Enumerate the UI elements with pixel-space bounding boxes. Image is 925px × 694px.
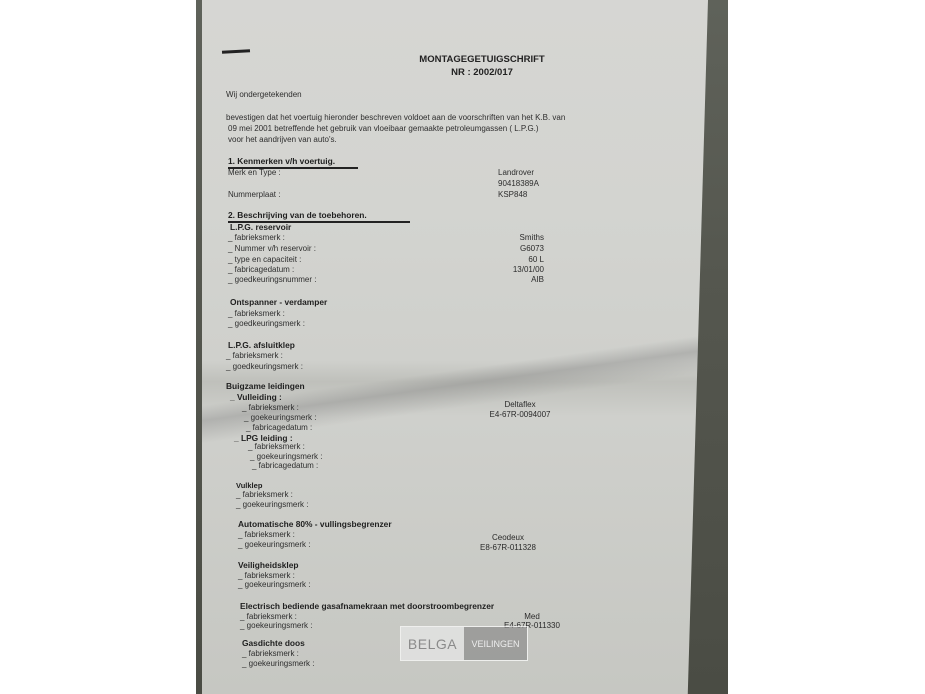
lpg-leiding-row-3: _ fabricagedatum : xyxy=(252,461,318,470)
vulleiding-value-1: Deltaflex xyxy=(460,400,580,409)
begrenzer-value-1: Ceodeux xyxy=(448,533,568,542)
leidingen-heading: Buigzame leidingen xyxy=(226,381,305,391)
belga-veilingen-watermark: BELGA VEILINGEN xyxy=(400,626,528,661)
reservoir-value-4: 13/01/00 xyxy=(432,265,544,274)
begrenzer-value-2: E8-67R-011328 xyxy=(448,543,568,552)
vulklep-heading: Vulklep xyxy=(236,481,262,490)
reservoir-label-3: _ type en capaciteit : xyxy=(228,255,301,264)
vulleiding-heading: _ Vulleiding : xyxy=(230,392,282,402)
afsluitklep-row-1: _ fabrieksmerk : xyxy=(226,351,283,360)
intro-line-1: bevestigen dat het voertuig hieronder be… xyxy=(226,113,565,122)
ontspanner-row-1: _ fabrieksmerk : xyxy=(228,309,285,318)
ontspanner-row-2: _ goedkeuringsmerk : xyxy=(228,319,305,328)
gasdichte-doos-row-1: _ fabrieksmerk : xyxy=(242,649,299,658)
vulklep-row-2: _ goekeuringsmerk : xyxy=(236,500,308,509)
plate-label: Nummerplaat : xyxy=(228,190,280,199)
reservoir-label-4: _ fabricagedatum : xyxy=(228,265,294,274)
afsluitklep-row-2: _ goedkeuringsmerk : xyxy=(226,362,303,371)
gasafnamekraan-row-2: _ goekeuringsmerk : xyxy=(240,621,312,630)
gasafnamekraan-value-1: Med xyxy=(472,612,592,621)
title-text: MONTAGEGETUIGSCHRIFT xyxy=(419,54,544,65)
gasafnamekraan-heading: Electrisch bediende gasafnamekraan met d… xyxy=(240,601,494,611)
vulleiding-row-1: _ fabrieksmerk : xyxy=(242,403,299,412)
begrenzer-row-2: _ goekeuringsmerk : xyxy=(238,540,310,549)
begrenzer-heading: Automatische 80% - vullingsbegrenzer xyxy=(238,519,392,529)
begrenzer-row-1: _ fabrieksmerk : xyxy=(238,530,295,539)
veiligheidsklep-heading: Veiligheidsklep xyxy=(238,560,299,570)
reservoir-heading: L.P.G. reservoir xyxy=(230,222,291,232)
document-page: MONTAGEGETUIGSCHRIFT NR : 2002/017 Wij o… xyxy=(202,0,708,694)
reservoir-value-2: G6073 xyxy=(432,244,544,253)
lpg-leiding-row-2: _ goekeuringsmerk : xyxy=(250,452,322,461)
type-value: 90418389A xyxy=(498,179,539,188)
document-title: MONTAGEGETUIGSCHRIFT NR : 2002/017 xyxy=(202,54,708,78)
watermark-left: BELGA xyxy=(401,627,464,660)
veiligheidsklep-row-1: _ fabrieksmerk : xyxy=(238,571,295,580)
intro-line-2: 09 mei 2001 betreffende het gebruik van … xyxy=(228,124,539,133)
plate-value: KSP848 xyxy=(498,190,527,199)
vulleiding-value-2: E4-67R-0094007 xyxy=(460,410,580,419)
salutation: Wij ondergetekenden xyxy=(226,90,302,99)
reservoir-value-5: AIB xyxy=(432,275,544,284)
merk-value: Landrover xyxy=(498,168,534,177)
gasdichte-doos-row-2: _ goekeuringsmerk : xyxy=(242,659,314,668)
watermark-right: VEILINGEN xyxy=(464,627,527,660)
document-number: NR : 2002/017 xyxy=(256,67,708,78)
reservoir-label-5: _ goedkeuringsnummer : xyxy=(228,275,317,284)
reservoir-value-1: Smiths xyxy=(432,233,544,242)
veiligheidsklep-row-2: _ goekeuringsmerk : xyxy=(238,580,310,589)
vulleiding-row-2: _ goekeuringsmerk : xyxy=(244,413,316,422)
merk-label: Merk en Type : xyxy=(228,168,281,177)
intro-line-3: voor het aandrijven van auto's. xyxy=(228,135,337,144)
vulklep-row-1: _ fabrieksmerk : xyxy=(236,490,293,499)
gasdichte-doos-heading: Gasdichte doos xyxy=(242,638,305,648)
reservoir-label-2: _ Nummer v/h reservoir : xyxy=(228,244,316,253)
vulleiding-row-3: _ fabricagedatum : xyxy=(246,423,312,432)
reservoir-value-3: 60 L xyxy=(432,255,544,264)
ontspanner-heading: Ontspanner - verdamper xyxy=(230,297,327,307)
lpg-leiding-row-1: _ fabrieksmerk : xyxy=(248,442,305,451)
afsluitklep-heading: L.P.G. afsluitklep xyxy=(228,340,295,350)
reservoir-label-1: _ fabrieksmerk : xyxy=(228,233,285,242)
gasafnamekraan-row-1: _ fabrieksmerk : xyxy=(240,612,297,621)
